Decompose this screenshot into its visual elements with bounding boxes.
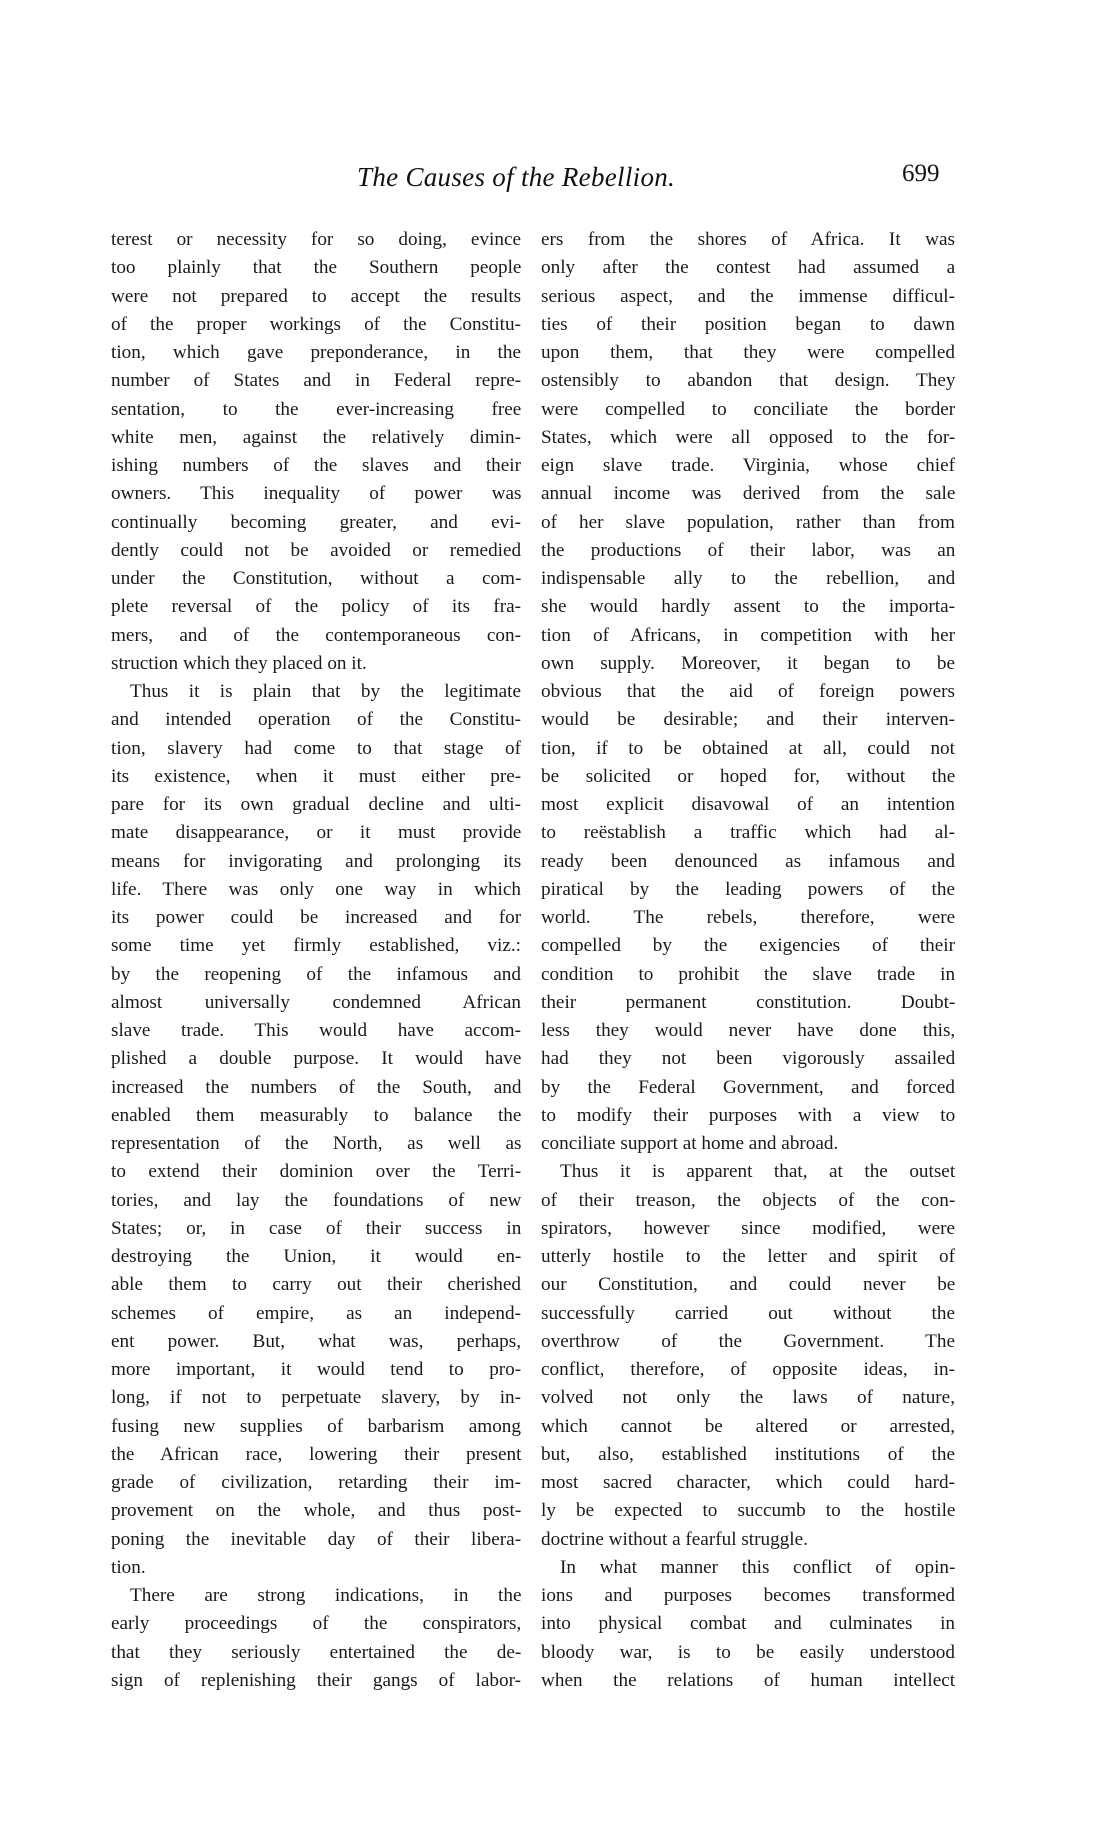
text-line: tion, which gave preponderance, in the [111,339,521,367]
text-line: world. The rebels, therefore, were [541,904,955,932]
text-line: enabled them measurably to balance the [111,1102,521,1130]
text-line: tories, and lay the foundations of new [111,1187,521,1215]
text-line: upon them, that they were compelled [541,339,955,367]
text-line: ties of their position began to dawn [541,311,955,339]
text-line: and intended operation of the Constitu- [111,706,521,734]
text-line: poning the inevitable day of their liber… [111,1526,521,1554]
text-line: the productions of their labor, was an [541,537,955,565]
text-line: ishing numbers of the slaves and their [111,452,521,480]
text-line: means for invigorating and prolonging it… [111,848,521,876]
text-line: to reëstablish a traffic which had al- [541,819,955,847]
text-line: too plainly that the Southern people [111,254,521,282]
text-line: own supply. Moreover, it began to be [541,650,955,678]
text-line: almost universally condemned African [111,989,521,1017]
text-line: their permanent constitution. Doubt- [541,989,955,1017]
text-line: continually becoming greater, and evi- [111,509,521,537]
text-line: compelled by the exigencies of their [541,932,955,960]
text-line: conciliate support at home and abroad. [541,1130,955,1158]
text-line: by the Federal Government, and forced [541,1074,955,1102]
text-line: would be desirable; and their interven- [541,706,955,734]
text-line: more important, it would tend to pro- [111,1356,521,1384]
text-line: but, also, established institutions of t… [541,1441,955,1469]
text-line: doctrine without a fearful struggle. [541,1526,955,1554]
text-line: indispensable ally to the rebellion, and [541,565,955,593]
text-line: sentation, to the ever-increasing free [111,396,521,424]
text-line: spirators, however since modified, were [541,1215,955,1243]
text-line: life. There was only one way in which [111,876,521,904]
text-line: that they seriously entertained the de- [111,1639,521,1667]
text-line: into physical combat and culminates in [541,1610,955,1638]
text-line: Thus it is plain that by the legitimate [111,678,521,706]
text-line: tion, slavery had come to that stage of [111,735,521,763]
text-line: of their treason, the objects of the con… [541,1187,955,1215]
text-line: dently could not be avoided or remedied [111,537,521,565]
text-line: tion. [111,1554,521,1582]
text-line: its power could be increased and for [111,904,521,932]
text-line: States, which were all opposed to the fo… [541,424,955,452]
text-line: States; or, in case of their success in [111,1215,521,1243]
text-line: ions and purposes becomes transformed [541,1582,955,1610]
text-line: which cannot be altered or arrested, [541,1413,955,1441]
text-line: able them to carry out their cherished [111,1271,521,1299]
text-line: were not prepared to accept the results [111,283,521,311]
text-line: successfully carried out without the [541,1300,955,1328]
text-column-left: terest or necessity for so doing, evince… [111,226,521,1695]
text-line: early proceedings of the conspirators, [111,1610,521,1638]
text-line: overthrow of the Government. The [541,1328,955,1356]
text-line: provement on the whole, and thus post- [111,1497,521,1525]
text-line: under the Constitution, without a com- [111,565,521,593]
text-line: some time yet firmly established, viz.: [111,932,521,960]
text-line: mate disappearance, or it must provide [111,819,521,847]
text-line: less they would never have done this, [541,1017,955,1045]
page-number: 699 [902,160,940,188]
text-line: owners. This inequality of power was [111,480,521,508]
book-page: The Causes of the Rebellion. 699 terest … [0,0,1120,1825]
text-line: the African race, lowering their present [111,1441,521,1469]
text-line: long, if not to perpetuate slavery, by i… [111,1384,521,1412]
text-line: of her slave population, rather than fro… [541,509,955,537]
text-line: There are strong indications, in the [111,1582,521,1610]
text-line: ly be expected to succumb to the hostile [541,1497,955,1525]
text-line: plished a double purpose. It would have [111,1045,521,1073]
text-line: ers from the shores of Africa. It was [541,226,955,254]
text-line: conflict, therefore, of opposite ideas, … [541,1356,955,1384]
text-line: slave trade. This would have accom- [111,1017,521,1045]
text-line: obvious that the aid of foreign powers [541,678,955,706]
running-title: The Causes of the Rebellion. [357,162,675,193]
text-line: mers, and of the contemporaneous con- [111,622,521,650]
text-line: by the reopening of the infamous and [111,961,521,989]
text-line: Thus it is apparent that, at the outset [541,1158,955,1186]
text-line: schemes of empire, as an independ- [111,1300,521,1328]
text-line: struction which they placed on it. [111,650,521,678]
text-line: were compelled to conciliate the border [541,396,955,424]
text-line: destroying the Union, it would en- [111,1243,521,1271]
text-line: bloody war, is to be easily understood [541,1639,955,1667]
text-line: its existence, when it must either pre- [111,763,521,791]
text-line: of the proper workings of the Constitu- [111,311,521,339]
text-line: our Constitution, and could never be [541,1271,955,1299]
text-line: representation of the North, as well as [111,1130,521,1158]
text-line: serious aspect, and the immense difficul… [541,283,955,311]
text-line: when the relations of human intellect [541,1667,955,1695]
text-line: volved not only the laws of nature, [541,1384,955,1412]
text-line: had they not been vigorously assailed [541,1045,955,1073]
text-line: tion, if to be obtained at all, could no… [541,735,955,763]
text-line: she would hardly assent to the importa- [541,593,955,621]
text-line: utterly hostile to the letter and spirit… [541,1243,955,1271]
text-line: white men, against the relatively dimin- [111,424,521,452]
text-line: to modify their purposes with a view to [541,1102,955,1130]
text-line: be solicited or hoped for, without the [541,763,955,791]
text-line: condition to prohibit the slave trade in [541,961,955,989]
text-line: increased the numbers of the South, and [111,1074,521,1102]
text-line: annual income was derived from the sale [541,480,955,508]
text-line: plete reversal of the policy of its fra- [111,593,521,621]
text-line: to extend their dominion over the Terri- [111,1158,521,1186]
text-line: pare for its own gradual decline and ult… [111,791,521,819]
text-line: In what manner this conflict of opin- [541,1554,955,1582]
text-line: sign of replenishing their gangs of labo… [111,1667,521,1695]
text-line: tion of Africans, in competition with he… [541,622,955,650]
text-line: ent power. But, what was, perhaps, [111,1328,521,1356]
text-line: only after the contest had assumed a [541,254,955,282]
text-line: terest or necessity for so doing, evince [111,226,521,254]
text-line: fusing new supplies of barbarism among [111,1413,521,1441]
text-line: most sacred character, which could hard- [541,1469,955,1497]
text-line: piratical by the leading powers of the [541,876,955,904]
running-head: The Causes of the Rebellion. 699 [0,160,1120,200]
text-line: ostensibly to abandon that design. They [541,367,955,395]
text-line: most explicit disavowal of an intention [541,791,955,819]
text-column-right: ers from the shores of Africa. It wasonl… [541,226,955,1695]
text-line: number of States and in Federal repre- [111,367,521,395]
text-line: ready been denounced as infamous and [541,848,955,876]
text-line: grade of civilization, retarding their i… [111,1469,521,1497]
text-line: eign slave trade. Virginia, whose chief [541,452,955,480]
